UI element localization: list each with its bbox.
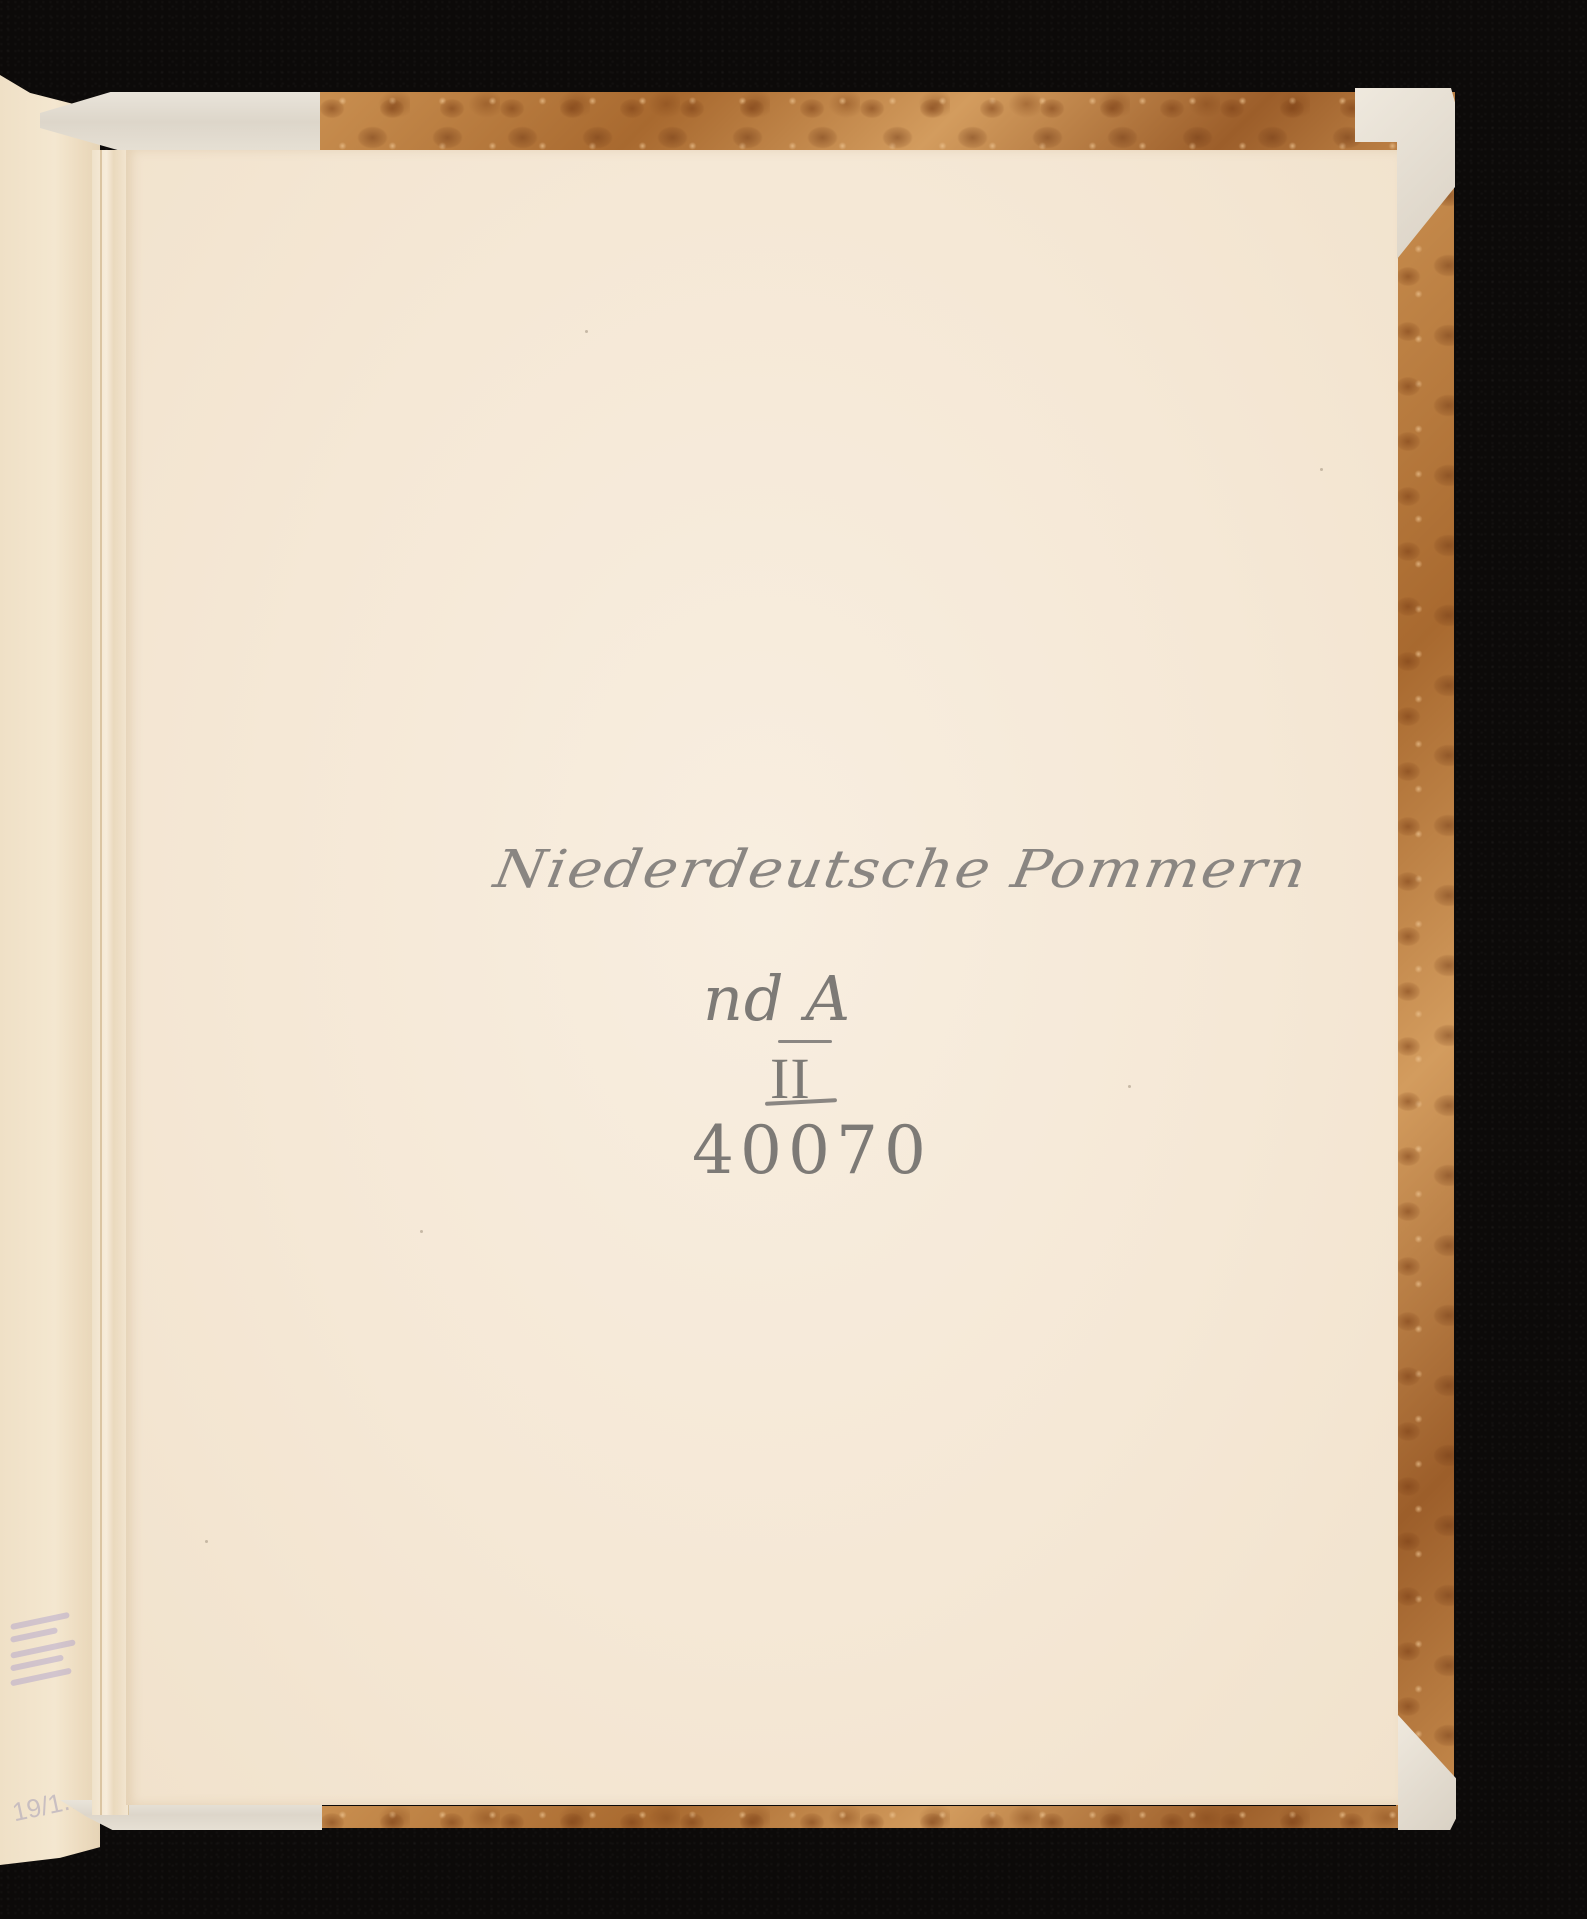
gutter-fold xyxy=(100,150,102,1815)
paper-speck xyxy=(420,1230,423,1233)
paper-speck xyxy=(585,330,588,333)
inscription-title: Niederdeutsche Pommern xyxy=(490,838,1313,899)
gutter xyxy=(92,150,129,1815)
marbled-board-top xyxy=(320,92,1455,150)
marbled-board-bottom xyxy=(320,1806,1440,1828)
marbled-board-right xyxy=(1396,150,1454,1810)
inscription-shelfmark: nd A xyxy=(703,962,851,1035)
left-page-edge xyxy=(0,75,100,1865)
paper-speck xyxy=(205,1540,208,1543)
paper-speck xyxy=(1128,1085,1131,1088)
paper-speck xyxy=(1320,468,1323,471)
bookseller-stamp xyxy=(10,1610,80,1688)
volume-overline xyxy=(778,1040,832,1043)
inscription-accession-number: 40070 xyxy=(692,1112,932,1189)
